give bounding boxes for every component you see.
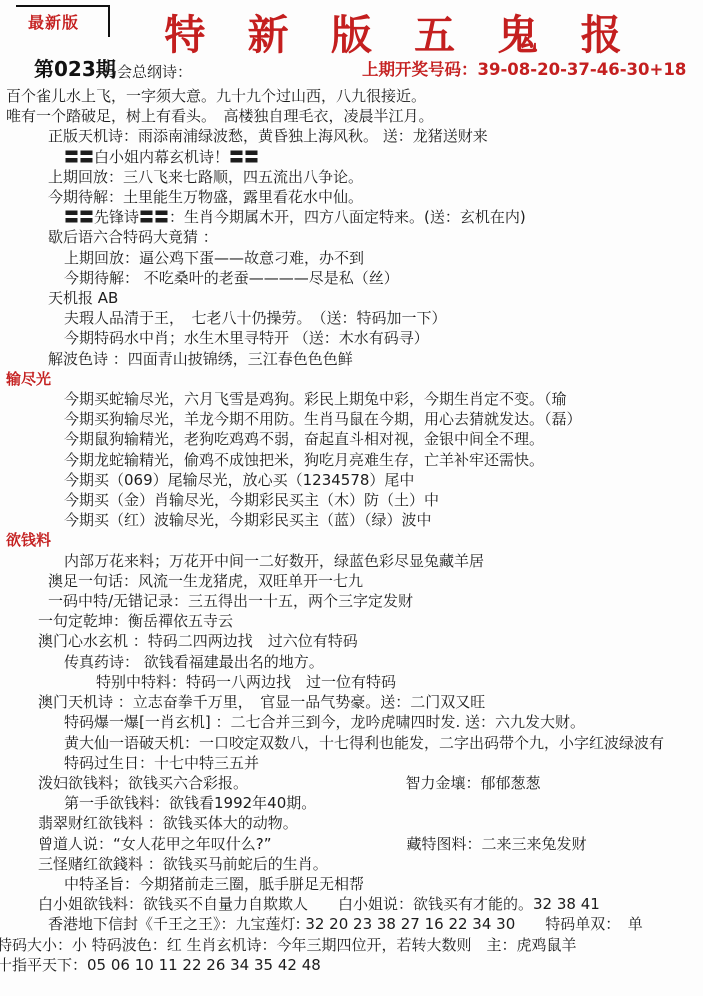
section-header: 输尽光	[0, 369, 703, 389]
edition-badge: 最新版	[16, 5, 110, 37]
text-line: 解波色诗 ：四面青山披锦绣，三江春色色色鲜	[0, 349, 703, 369]
tip-sheet-page: 最新版 特 新 版 五 鬼 报 第023期 马会总纲诗： 上期开奖号码：39-0…	[0, 0, 703, 996]
text-line: 唯有一个踏破足，树上有看头。 高楼独自理毛衣，凌晨半江月。	[0, 106, 703, 126]
text-line: 澳足一句话：风流一生龙猪虎，双旺单开一七九	[0, 571, 703, 591]
text-line: 特别中特料：特码一八两边找 过一位有特码	[0, 672, 703, 692]
text-line: 黄大仙一语破天机：一口咬定双数八，十七得利也能发，二字出码带个九，小字红波绿波有	[0, 733, 703, 753]
text-line: 今期待解： 不吃桑叶的老蚕————尽是私（丝）	[0, 268, 703, 288]
masthead-note: 马会总纲诗：	[102, 61, 192, 82]
text-line: 十指平天下：05 06 10 11 22 26 34 35 42 48	[0, 955, 703, 975]
text-line: 夫瑕人品清于王， 七老八十仍操劳。 （送：特码加一下）	[0, 308, 703, 328]
text-line: 特码大小：小 特码波色：红 生肖玄机诗：今年三期四位开，若转大数则 主：虎鸡鼠羊	[0, 935, 703, 955]
text-line: 香港地下信封《千王之王》：九宝莲灯: 32 20 23 38 27 16 22 …	[0, 914, 703, 934]
text-line: 一句定乾坤：衡岳禪依五寺云	[0, 611, 703, 631]
text-line: 上期回放：逼公鸡下蛋——故意刁难，办不到	[0, 248, 703, 268]
text-line: 翡翠财红欲钱料 ：欲钱买体大的动物。	[0, 813, 703, 833]
text-line: 澳门天机诗 ：立志奋拳千万里， 官显一品气势豪。送：二门双又旺	[0, 692, 703, 712]
text-line: 〓〓白小姐内幕玄机诗！〓〓	[0, 147, 703, 167]
text-line: 特码过生日：十七中特三五并	[0, 753, 703, 773]
text-line: 特码爆一爆[一肖玄机] ：二七合并三到今，龙吟虎啸四时发. 送：六九发大财。	[0, 712, 703, 732]
text-line: 澳门心水玄机 ：特码二四两边找 过六位有特码	[0, 631, 703, 651]
text-line: 〓〓先锋诗〓〓：生肖今期属木开，四方八面定特来。(送：玄机在内)	[0, 207, 703, 227]
text-line: 泼妇欲钱料；欲钱买六合彩报。 智力金壤：郁郁葱葱	[0, 773, 703, 793]
text-line: 百个雀儿水上飞，一字须大意。九十九个过山西，八九很接近。	[0, 86, 703, 106]
last-draw-numbers: 上期开奖号码：39-08-20-37-46-30+18	[362, 56, 686, 80]
text-line: 一码中特/无错记录：三五得出一十五，两个三字定发财	[0, 591, 703, 611]
text-line: 今期龙蛇输精光，偷鸡不成蚀把米，狗吃月亮难生存，亡羊补牢还需快。	[0, 450, 703, 470]
issue-row: 第023期 马会总纲诗： 上期开奖号码：39-08-20-37-46-30+18	[0, 53, 703, 83]
text-line: 今期待解：土里能生万物盛，露里看花水中仙。	[0, 187, 703, 207]
text-line: 今期买蛇输尽光，六月飞雪是鸡狗。彩民上期兔中彩，今期生肖定不变。（瑜	[0, 389, 703, 409]
text-line: 今期鼠狗输精光，老狗吃鸡鸡不弱，奋起直斗相对视，金银中间全不理。	[0, 429, 703, 449]
text-line: 今期买（金）肖输尽光，今期彩民买主（木）防（土）中	[0, 490, 703, 510]
text-line: 上期回放：三八飞来七路顺，四五流出八争论。	[0, 167, 703, 187]
text-line: 白小姐欲钱料：欲钱买不自量力自欺欺人 白小姐说：欲钱买有才能的。32 38 41	[0, 894, 703, 914]
text-line: 传真药诗： 欲钱看福建最出名的地方。	[0, 652, 703, 672]
text-line: 今期买（069）尾输尽光，放心买（1234578）尾中	[0, 470, 703, 490]
text-line: 内部万花来料；万花开中间一二好数开，绿蓝色彩尽显兔藏羊居	[0, 551, 703, 571]
section-header: 欲钱料	[0, 530, 703, 550]
text-line: 今期买（红）波输尽光，今期彩民买主（蓝）（绿）波中	[0, 510, 703, 530]
edition-badge-label: 最新版	[16, 7, 79, 33]
text-line: 正版天机诗：雨添南浦绿波愁，黄昏独上海风秋。 送：龙猪送财来	[0, 126, 703, 146]
text-line: 歇后语六合特码大竟猜 ：	[0, 227, 703, 247]
text-line: 天机报 AB	[0, 288, 703, 308]
text-line: 三怪赌红欲錢料 ：欲钱买马前蛇后的生肖。	[0, 854, 703, 874]
text-line: 曾道人说：“女人花甲之年叹什么?” 藏特图料：二来三来兔发财	[0, 834, 703, 854]
text-line: 今期特码水中肖；水生木里寻特开 （送：木水有码寻）	[0, 328, 703, 348]
text-line: 第一手欲钱料：欲钱看1992年40期。	[0, 793, 703, 813]
text-line: 中特圣旨：今期猪前走三圈，胝手胼足无相帮	[0, 874, 703, 894]
text-line: 今期买狗输尽光，羊龙今期不用防。生肖马鼠在今期，用心去猜就发达。（磊）	[0, 409, 703, 429]
body-lines: 百个雀儿水上飞，一字须大意。九十九个过山西，八九很接近。唯有一个踏破足，树上有看…	[0, 86, 703, 975]
